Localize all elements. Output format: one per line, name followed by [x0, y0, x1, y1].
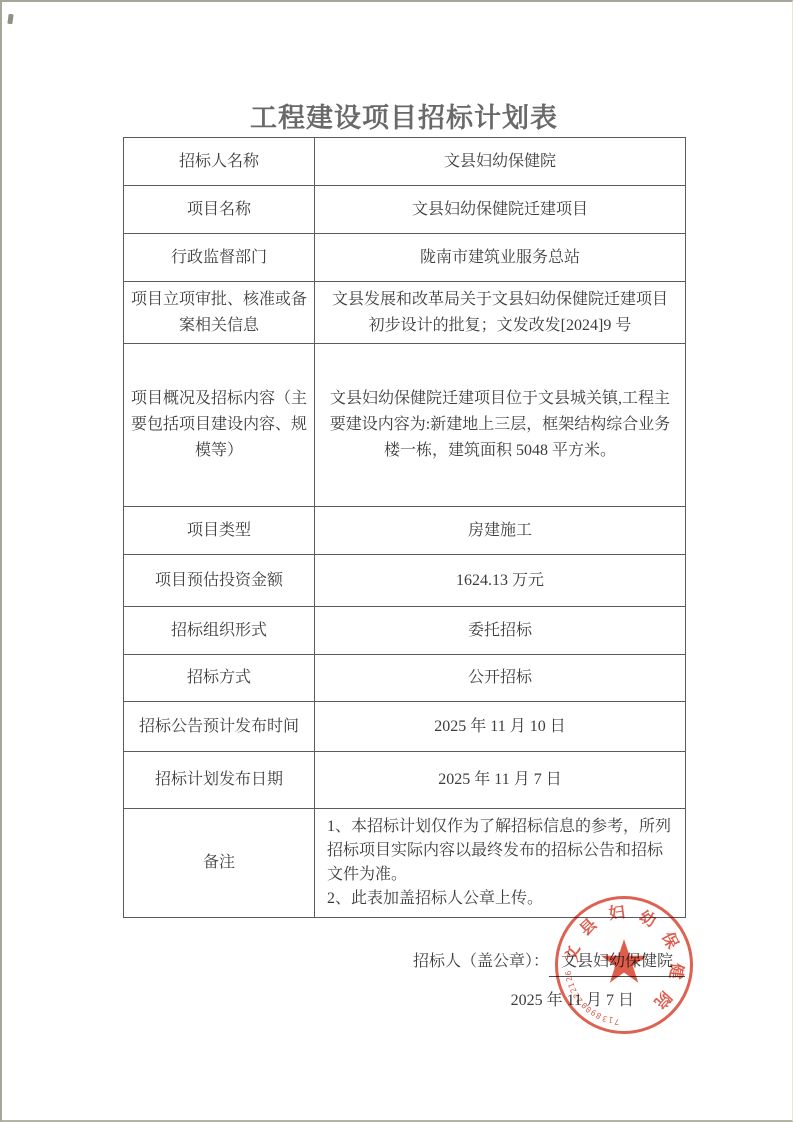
seal-code-digit: 7 — [611, 1015, 622, 1026]
seal-code-digit: 1 — [605, 1013, 617, 1025]
row-label: 招标组织形式 — [124, 607, 315, 655]
row-value: 文县发展和改革局关于文县妇幼保健院迁建项目初步设计的批复；文发改发[2024]9… — [315, 282, 686, 344]
row-value: 委托招标 — [315, 607, 686, 655]
scanned-document-page: 工程建设项目招标计划表 招标人名称 文县妇幼保健院 项目名称 文县妇幼保健院迁建… — [0, 0, 793, 1122]
signature-label: 招标人（盖公章）： — [413, 953, 549, 970]
row-label: 项目预估投资金额 — [124, 555, 315, 607]
table-row: 招标公告预计发布时间 2025 年 11 月 10 日 — [124, 702, 686, 752]
row-value: 1624.13 万元 — [315, 555, 686, 607]
table-row: 项目预估投资金额 1624.13 万元 — [124, 555, 686, 607]
table-row: 行政监督部门 陇南市建筑业服务总站 — [124, 234, 686, 282]
seal-text-char: 县 — [576, 915, 601, 940]
row-value: 2025 年 11 月 10 日 — [315, 702, 686, 752]
seal-code-digit: 3 — [598, 1011, 611, 1024]
signature-line: 招标人（盖公章）：文县妇幼保健院 — [124, 950, 685, 977]
row-label: 备注 — [124, 809, 315, 918]
table-row: 项目概况及招标内容（主要包括项目建设内容、规模等） 文县妇幼保健院迁建项目位于文… — [124, 344, 686, 507]
row-label: 招标方式 — [124, 655, 315, 702]
seal-text-char: 院 — [649, 986, 674, 1011]
row-label: 项目立项审批、核准或备案相关信息 — [124, 282, 315, 344]
row-value-remark: 1、本招标计划仅作为了解招标信息的参考，所列招标项目实际内容以最终发布的招标公告… — [315, 809, 686, 918]
table-row: 招标组织形式 委托招标 — [124, 607, 686, 655]
table-row: 招标计划发布日期 2025 年 11 月 7 日 — [124, 752, 686, 809]
row-label: 招标人名称 — [124, 138, 315, 186]
table-row: 招标人名称 文县妇幼保健院 — [124, 138, 686, 186]
document-title: 工程建设项目招标计划表 — [123, 96, 685, 135]
row-label: 行政监督部门 — [124, 234, 315, 282]
row-label: 项目类型 — [124, 507, 315, 555]
table-row: 项目名称 文县妇幼保健院迁建项目 — [124, 186, 686, 234]
table-row: 备注 1、本招标计划仅作为了解招标信息的参考，所列招标项目实际内容以最终发布的招… — [124, 809, 686, 918]
scan-artifact-mark — [7, 14, 13, 25]
row-value: 文县妇幼保健院迁建项目 — [315, 186, 686, 234]
tender-plan-table: 招标人名称 文县妇幼保健院 项目名称 文县妇幼保健院迁建项目 行政监督部门 陇南… — [123, 137, 686, 918]
row-value: 2025 年 11 月 7 日 — [315, 752, 686, 809]
row-value: 文县妇幼保健院迁建项目位于文县城关镇,工程主要建设内容为:新建地上三层，框架结构… — [315, 344, 686, 507]
signature-name: 文县妇幼保健院 — [549, 950, 685, 977]
row-value: 公开招标 — [315, 655, 686, 702]
signature-date: 2025 年 11 月 7 日 — [124, 990, 634, 1012]
row-label: 项目名称 — [124, 186, 315, 234]
row-value: 文县妇幼保健院 — [315, 138, 686, 186]
row-label: 招标计划发布日期 — [124, 752, 315, 809]
table-row: 项目立项审批、核准或备案相关信息 文县发展和改革局关于文县妇幼保健院迁建项目初步… — [124, 282, 686, 344]
row-value: 陇南市建筑业服务总站 — [315, 234, 686, 282]
table-row: 招标方式 公开招标 — [124, 655, 686, 702]
row-label: 项目概况及招标内容（主要包括项目建设内容、规模等） — [124, 344, 315, 507]
row-value: 房建施工 — [315, 507, 686, 555]
table-row: 项目类型 房建施工 — [124, 507, 686, 555]
row-label: 招标公告预计发布时间 — [124, 702, 315, 752]
